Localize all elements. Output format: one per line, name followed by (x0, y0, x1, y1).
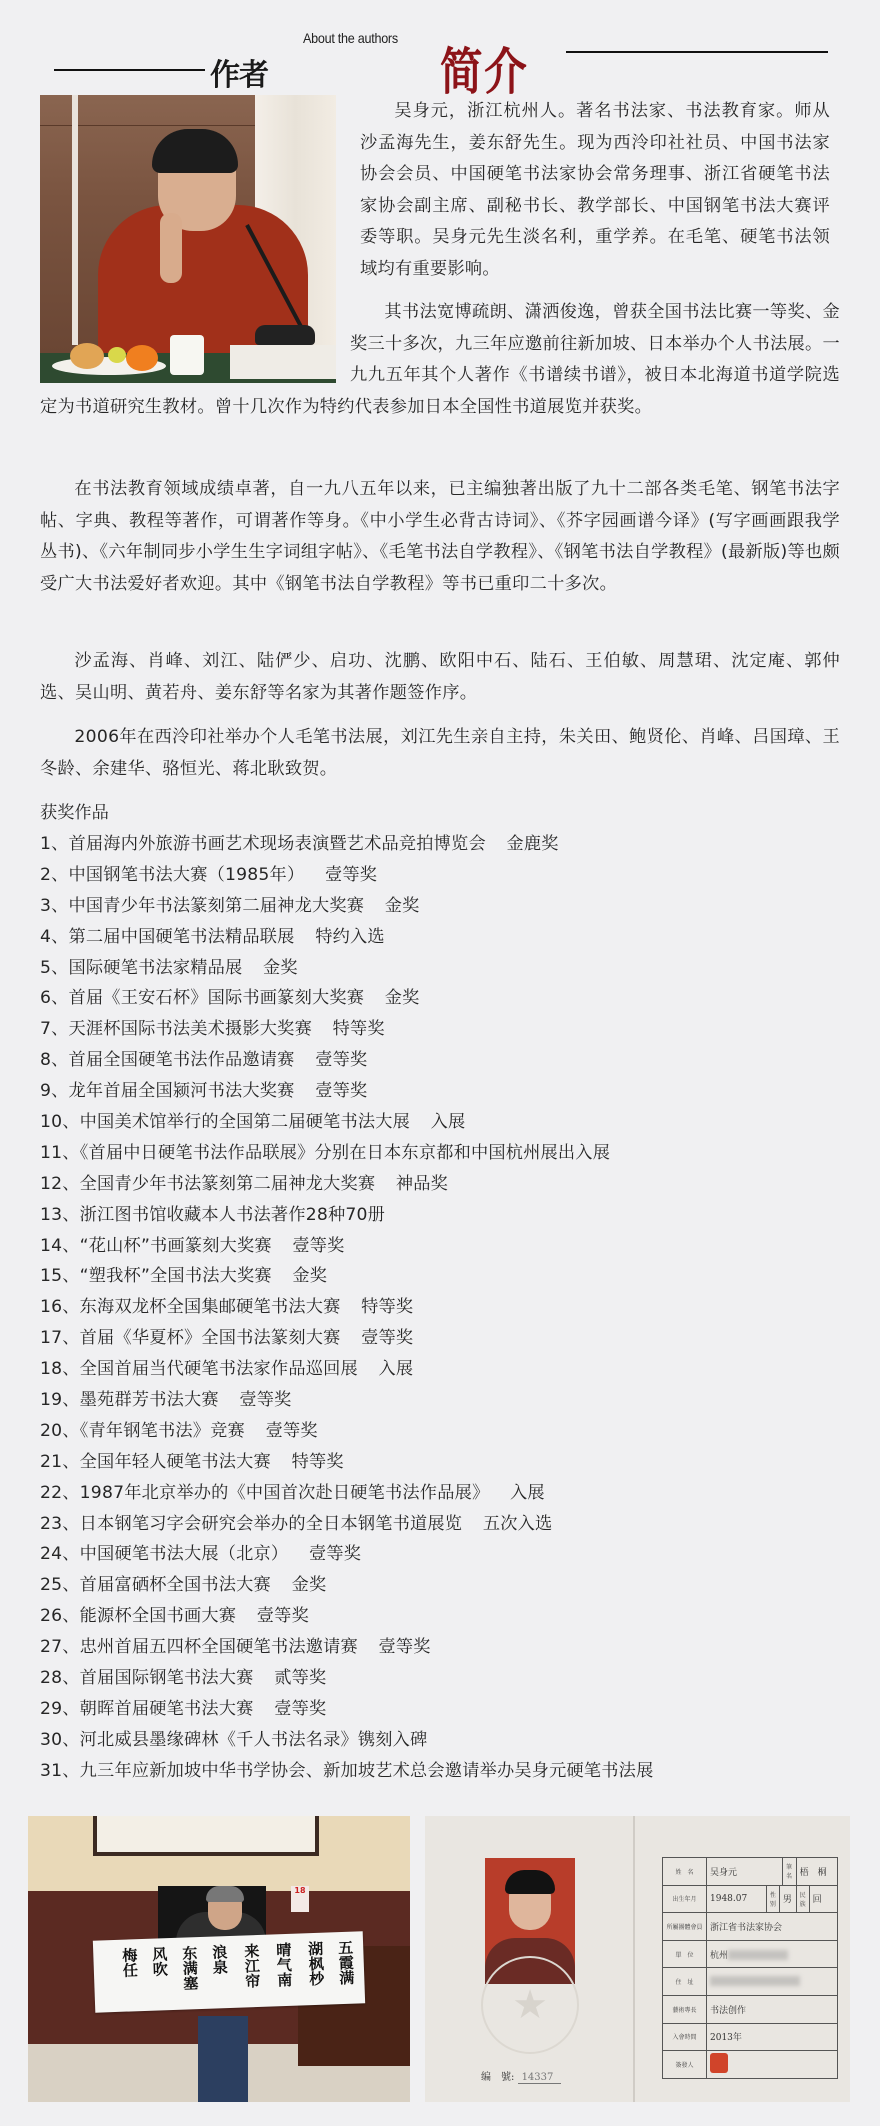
award-name: 朝晖首届硬笔书法大赛 (80, 1699, 254, 1719)
award-item: 19、墨苑群芳书法大赛壹等奖 (40, 1385, 840, 1416)
award-number: 29、 (40, 1699, 80, 1719)
label-join-date: 入會時間 (663, 2023, 707, 2051)
award-item: 31、九三年应新加坡中华书学协会、新加坡艺术总会邀请举办吴身元硬笔书法展 (40, 1756, 840, 1787)
award-number: 24、 (40, 1544, 80, 1564)
award-prize: 壹等奖 (239, 1390, 291, 1410)
header-rule-right (566, 51, 828, 53)
award-item: 6、首届《王安石杯》国际书画篆刻大奖赛金奖 (40, 983, 840, 1014)
label-address: 住 址 (663, 1968, 707, 1996)
label-unit: 單 位 (663, 1940, 707, 1968)
star-emblem-icon: ★ (481, 1956, 579, 2054)
award-number: 25、 (40, 1575, 80, 1595)
serial-label: 编 號: (481, 2072, 514, 2083)
label-issuer: 簽發人 (663, 2051, 707, 2079)
label-gender: 性别 (766, 1885, 779, 1913)
award-item: 24、中国硬笔书法大展（北京）壹等奖 (40, 1539, 840, 1570)
redacted-blur (710, 1976, 800, 1986)
label-specialty: 藝術專長 (663, 1995, 707, 2023)
scroll-column: 五霞满 (337, 1940, 355, 1997)
award-name: 墨苑群芳书法大赛 (80, 1390, 219, 1410)
value-gender: 男 (779, 1885, 796, 1913)
award-name: 首届海内外旅游书画艺术现场表演暨艺术品竞拍博览会 (69, 834, 486, 854)
award-item: 16、东海双龙杯全国集邮硬笔书法大赛特等奖 (40, 1292, 840, 1323)
award-number: 23、 (40, 1514, 80, 1534)
award-item: 1、首届海内外旅游书画艺术现场表演暨艺术品竞拍博览会金鹿奖 (40, 829, 840, 860)
calendar-icon: 18 (291, 1886, 309, 1912)
scroll-column: 来江帘 (243, 1943, 261, 2000)
award-number: 3、 (40, 896, 69, 916)
award-item: 15、“塑我杯”全国书法大奖赛金奖 (40, 1261, 840, 1292)
award-name: 龙年首届全国颍河书法大奖赛 (69, 1081, 295, 1101)
award-item: 30、河北威县墨缘碑林《千人书法名录》镌刻入碑 (40, 1725, 840, 1756)
award-name: 首届富硒杯全国书法大赛 (80, 1575, 271, 1595)
award-prize: 壹等奖 (274, 1699, 326, 1719)
award-item: 23、日本钢笔习字会研究会举办的全日本钢笔书道展览五次入选 (40, 1509, 840, 1540)
award-prize: 壹等奖 (379, 1637, 431, 1657)
award-number: 26、 (40, 1606, 80, 1626)
award-prize: 金奖 (263, 958, 298, 978)
award-item: 10、中国美术馆举行的全国第二届硬笔书法大展入展 (40, 1107, 840, 1138)
serial-number: 14337 (518, 2072, 562, 2084)
value-issuer (707, 2051, 838, 2079)
award-prize: 特等奖 (333, 1019, 385, 1039)
label-birth: 出生年月 (663, 1885, 707, 1913)
awards-heading: 获奖作品 (40, 799, 109, 827)
redacted-blur (728, 1950, 788, 1960)
award-name: 日本钢笔习字会研究会举办的全日本钢笔书道展览 (80, 1514, 463, 1534)
bio-paragraph-4: 沙孟海、肖峰、刘江、陆俨少、启功、沈鹏、欧阳中石、陆石、王伯敏、周慧珺、沈定庵、… (40, 646, 840, 709)
award-number: 22、 (40, 1483, 80, 1503)
header-title-author: 作者 (210, 50, 268, 94)
award-item: 20、《青年钢笔书法》竞赛壹等奖 (40, 1416, 840, 1447)
award-name: 中国钢笔书法大赛（1985年） (69, 865, 305, 885)
award-name: 中国美术馆举行的全国第二届硬笔书法大展 (80, 1112, 410, 1132)
award-name: 《首届中日硬笔书法作品联展》分别在日本东京都和中国杭州展出入展 (80, 1143, 610, 1163)
award-number: 12、 (40, 1174, 80, 1194)
award-name: 浙江图书馆收藏本人书法著作28种70册 (80, 1205, 385, 1225)
photo-calligraphy-scroll: 18 五霞满 湖枫杪 晴气南 来江帘 浪泉 东满塞 风吹 梅任 (28, 1816, 410, 2102)
scroll-column: 风吹 (151, 1946, 169, 2003)
award-name: 首届国际钢笔书法大赛 (80, 1668, 254, 1688)
award-prize: 壹等奖 (266, 1421, 318, 1441)
award-item: 9、龙年首届全国颍河书法大奖赛壹等奖 (40, 1076, 840, 1107)
value-ethnicity: 回 (809, 1885, 837, 1913)
value-unit: 杭州 (707, 1940, 838, 1968)
award-item: 21、全国年轻人硬笔书法大赛特等奖 (40, 1447, 840, 1478)
award-item: 8、首届全国硬笔书法作品邀请赛壹等奖 (40, 1045, 840, 1076)
award-number: 5、 (40, 958, 69, 978)
award-number: 28、 (40, 1668, 80, 1688)
red-seal-icon (710, 2053, 728, 2073)
award-item: 5、国际硬笔书法家精品展金奖 (40, 953, 840, 984)
value-unit-text: 杭州 (710, 1951, 728, 1961)
award-name: 中国硬笔书法大展（北京） (80, 1544, 289, 1564)
award-item: 22、1987年北京举办的《中国首次赴日硬笔书法作品展》入展 (40, 1478, 840, 1509)
award-number: 10、 (40, 1112, 80, 1132)
award-number: 11、 (40, 1143, 80, 1163)
label-pen-name: 筆名 (782, 1858, 796, 1886)
award-number: 30、 (40, 1730, 80, 1750)
award-prize: 入展 (379, 1359, 414, 1379)
award-number: 21、 (40, 1452, 80, 1472)
scroll-column: 东满塞 (181, 1945, 199, 2002)
award-item: 2、中国钢笔书法大赛（1985年）壹等奖 (40, 860, 840, 891)
award-prize: 壹等奖 (257, 1606, 309, 1626)
value-org: 浙江省书法家协会 (707, 1913, 838, 1941)
award-number: 14、 (40, 1236, 80, 1256)
award-number: 15、 (40, 1266, 80, 1286)
award-prize: 金奖 (385, 896, 420, 916)
award-name: 全国首届当代硬笔书法家作品巡回展 (80, 1359, 358, 1379)
award-name: 全国年轻人硬笔书法大赛 (80, 1452, 271, 1472)
award-item: 11、《首届中日硬笔书法作品联展》分别在日本东京都和中国杭州展出入展 (40, 1138, 840, 1169)
award-number: 2、 (40, 865, 69, 885)
photo-membership-card: ★ 编 號: 14337 姓 名 吴身元 筆名 梧 桐 出生年月 1948.07… (425, 1816, 850, 2102)
award-prize: 入展 (431, 1112, 466, 1132)
award-prize: 入展 (510, 1483, 545, 1503)
award-item: 4、第二届中国硬笔书法精品联展特约入选 (40, 922, 840, 953)
award-number: 8、 (40, 1050, 69, 1070)
label-org: 所屬團體會員 (663, 1913, 707, 1941)
bio-paragraph-3: 在书法教育领域成绩卓著，自一九八五年以来，已主编独著出版了九十二部各类毛笔、钢笔… (40, 474, 840, 600)
award-number: 19、 (40, 1390, 80, 1410)
award-name: 中国青少年书法篆刻第二届神龙大奖赛 (69, 896, 365, 916)
award-item: 14、“花山杯”书画篆刻大奖赛壹等奖 (40, 1231, 840, 1262)
award-number: 6、 (40, 988, 69, 1008)
bio-paragraph-5: 2006年在西泠印社举办个人毛笔书法展，刘江先生亲自主持，朱关田、鲍贤伦、肖峰、… (40, 722, 840, 785)
awards-list: 1、首届海内外旅游书画艺术现场表演暨艺术品竞拍博览会金鹿奖2、中国钢笔书法大赛（… (40, 829, 840, 1787)
label-name: 姓 名 (663, 1858, 707, 1886)
award-number: 16、 (40, 1297, 80, 1317)
award-prize: 特等奖 (361, 1297, 413, 1317)
award-name: 东海双龙杯全国集邮硬笔书法大赛 (80, 1297, 341, 1317)
bio-paragraph-2: 其书法宽博疏朗、潇洒俊逸，曾获全国书法比赛一等奖、金奖三十多次，九三年应邀前往新… (40, 297, 840, 423)
award-prize: 壹等奖 (309, 1544, 361, 1564)
award-name: 九三年应新加坡中华书学协会、新加坡艺术总会邀请举办吴身元硬笔书法展 (80, 1761, 654, 1781)
award-name: 国际硬笔书法家精品展 (69, 958, 243, 978)
award-prize: 金奖 (292, 1266, 327, 1286)
scroll-column: 湖枫杪 (307, 1941, 325, 1998)
award-name: 第二届中国硬笔书法精品联展 (69, 927, 295, 947)
award-item: 25、首届富硒杯全国书法大赛金奖 (40, 1570, 840, 1601)
award-item: 17、首届《华夏杯》全国书法篆刻大赛壹等奖 (40, 1323, 840, 1354)
award-item: 3、中国青少年书法篆刻第二届神龙大奖赛金奖 (40, 891, 840, 922)
award-prize: 五次入选 (483, 1514, 553, 1534)
award-number: 17、 (40, 1328, 80, 1348)
value-birth: 1948.07 (707, 1885, 767, 1913)
award-item: 26、能源杯全国书画大赛壹等奖 (40, 1601, 840, 1632)
award-number: 9、 (40, 1081, 69, 1101)
award-prize: 壹等奖 (315, 1081, 367, 1101)
award-name: 全国青少年书法篆刻第二届神龙大奖赛 (80, 1174, 376, 1194)
award-name: “塑我杯”全国书法大奖赛 (80, 1266, 272, 1286)
award-number: 31、 (40, 1761, 80, 1781)
scroll-column: 晴气南 (275, 1942, 293, 1999)
award-prize: 特等奖 (292, 1452, 344, 1472)
value-specialty: 书法创作 (707, 1995, 838, 2023)
header-subtitle: About the authors (303, 30, 398, 46)
award-name: 忠州首届五四杯全国硬笔书法邀请赛 (80, 1637, 358, 1657)
award-name: 河北威县墨缘碑林《千人书法名录》镌刻入碑 (80, 1730, 428, 1750)
member-info-table: 姓 名 吴身元 筆名 梧 桐 出生年月 1948.07 性别 男 民族 回 所屬… (662, 1857, 838, 2079)
calligraphy-scroll: 五霞满 湖枫杪 晴气南 来江帘 浪泉 东满塞 风吹 梅任 (93, 1931, 365, 2012)
award-item: 27、忠州首届五四杯全国硬笔书法邀请赛壹等奖 (40, 1632, 840, 1663)
award-name: 首届全国硬笔书法作品邀请赛 (69, 1050, 295, 1070)
award-name: 1987年北京举办的《中国首次赴日硬笔书法作品展》 (80, 1483, 490, 1503)
award-number: 18、 (40, 1359, 80, 1379)
value-name: 吴身元 (707, 1858, 783, 1886)
value-address (707, 1968, 838, 1996)
scroll-column: 梅任 (121, 1947, 139, 2004)
award-name: 首届《王安石杯》国际书画篆刻大奖赛 (69, 988, 365, 1008)
award-number: 4、 (40, 927, 69, 947)
award-number: 1、 (40, 834, 69, 854)
header-rule-left (54, 69, 205, 71)
award-prize: 金鹿奖 (506, 834, 558, 854)
award-name: 首届《华夏杯》全国书法篆刻大赛 (80, 1328, 341, 1348)
label-ethnicity: 民族 (796, 1885, 809, 1913)
award-prize: 贰等奖 (274, 1668, 326, 1688)
value-join-date: 2013年 (707, 2023, 838, 2051)
award-name: “花山杯”书画篆刻大奖赛 (80, 1236, 272, 1256)
award-prize: 神品奖 (396, 1174, 448, 1194)
award-number: 13、 (40, 1205, 80, 1225)
award-prize: 壹等奖 (315, 1050, 367, 1070)
award-name: 天涯杯国际书法美术摄影大奖赛 (69, 1019, 312, 1039)
award-number: 7、 (40, 1019, 69, 1039)
section-header: About the authors 作者 简介 (0, 0, 880, 95)
header-title-intro: 简介 (440, 32, 528, 104)
bio-paragraph-1: 吴身元，浙江杭州人。著名书法家、书法教育家。师从沙孟海先生，姜东舒先生。现为西泠… (360, 96, 830, 285)
award-prize: 特约入选 (315, 927, 385, 947)
scroll-column: 浪泉 (211, 1944, 229, 2001)
award-item: 7、天涯杯国际书法美术摄影大奖赛特等奖 (40, 1014, 840, 1045)
award-name: 《青年钢笔书法》竞赛 (80, 1421, 245, 1441)
award-item: 18、全国首届当代硬笔书法家作品巡回展入展 (40, 1354, 840, 1385)
award-item: 29、朝晖首届硬笔书法大赛壹等奖 (40, 1694, 840, 1725)
award-prize: 壹等奖 (325, 865, 377, 885)
award-number: 27、 (40, 1637, 80, 1657)
award-prize: 金奖 (385, 988, 420, 1008)
card-serial: 编 號: 14337 (481, 2068, 561, 2083)
award-name: 能源杯全国书画大赛 (80, 1606, 237, 1626)
award-number: 20、 (40, 1421, 80, 1441)
award-item: 13、浙江图书馆收藏本人书法著作28种70册 (40, 1200, 840, 1231)
award-prize: 壹等奖 (361, 1328, 413, 1348)
award-prize: 壹等奖 (292, 1236, 344, 1256)
value-pen-name: 梧 桐 (796, 1858, 837, 1886)
award-prize: 金奖 (292, 1575, 327, 1595)
award-item: 28、首届国际钢笔书法大赛贰等奖 (40, 1663, 840, 1694)
award-item: 12、全国青少年书法篆刻第二届神龙大奖赛神品奖 (40, 1169, 840, 1200)
